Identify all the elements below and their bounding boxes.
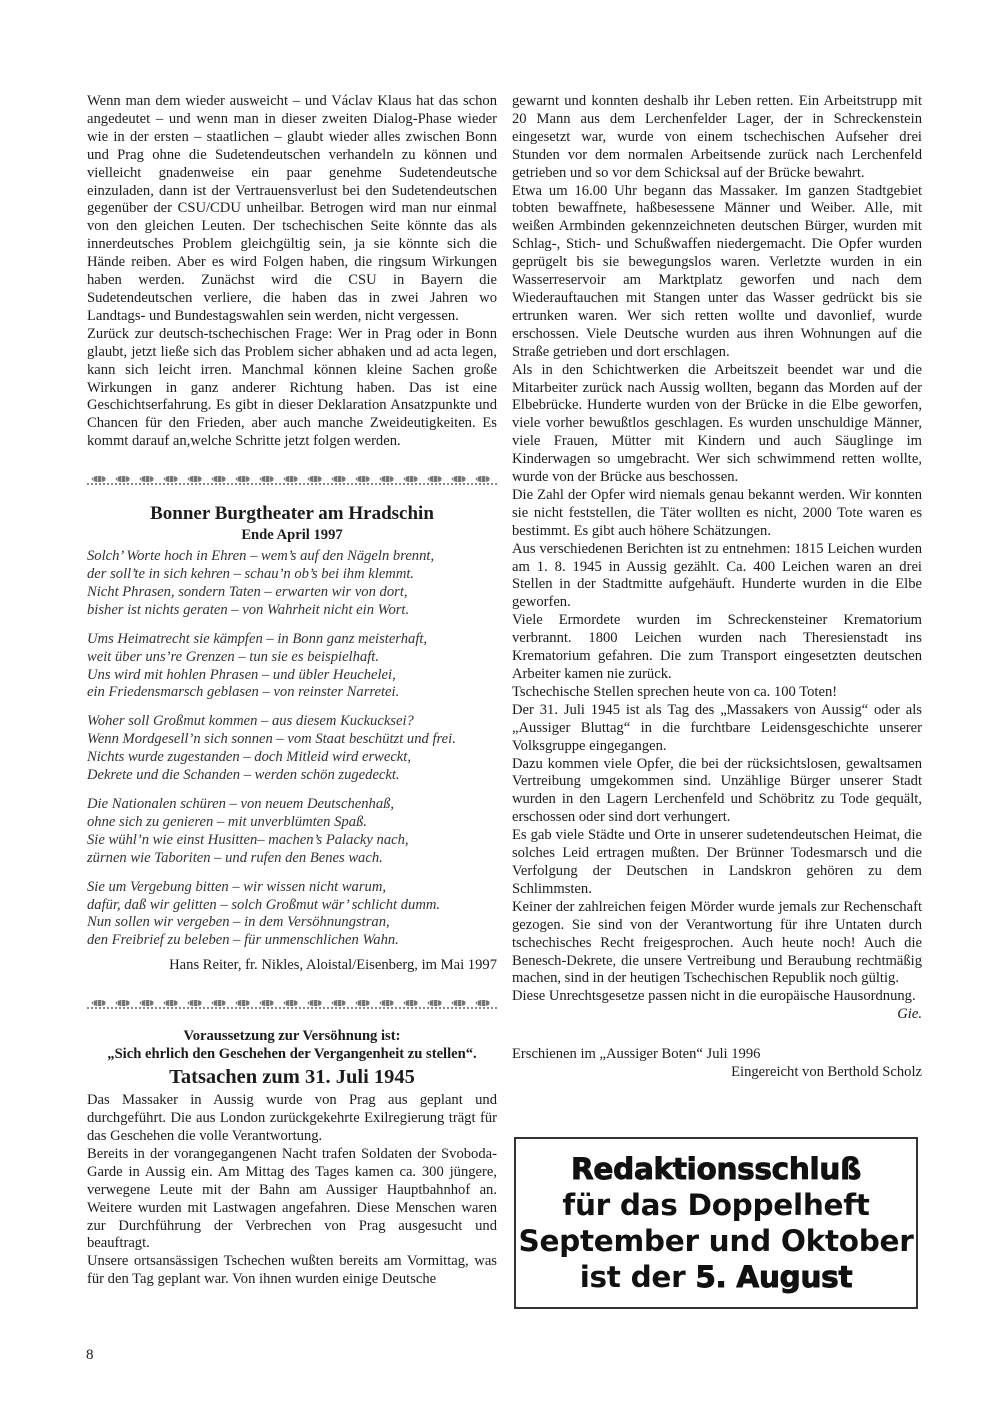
- article-paragraph: Die Zahl der Opfer wird niemals genau be…: [512, 487, 922, 541]
- verse-line: Nicht Phrasen, sondern Taten – erwarten …: [87, 584, 497, 602]
- verse-line: der soll’te in sich kehren – schau’n ob’…: [87, 566, 497, 584]
- verse-line: Solch’ Worte hoch in Ehren – wem’s auf d…: [87, 548, 497, 566]
- verse-line: Ums Heimatrecht sie kämpfen – in Bonn ga…: [87, 631, 497, 649]
- verse-line: Dekrete und die Schanden – werden schön …: [87, 767, 497, 785]
- poem-stanza: Ums Heimatrecht sie kämpfen – in Bonn ga…: [87, 631, 497, 703]
- article-paragraph: Diese Unrechtsgesetze passen nicht in di…: [512, 988, 922, 1006]
- article-paragraph: gewarnt und konnten deshalb ihr Leben re…: [512, 93, 922, 183]
- verse-line: Sie wühl’n wie einst Husitten– machen’s …: [87, 832, 497, 850]
- article-paragraph: Dazu kommen viele Opfer, die bei der rüc…: [512, 756, 922, 828]
- article-paragraph: Das Massaker in Aussig wurde von Prag au…: [87, 1092, 497, 1146]
- article-title: Tatsachen zum 31. Juli 1945: [87, 1066, 497, 1089]
- article-paragraph: Keiner der zahlreichen feigen Mörder wur…: [512, 899, 922, 989]
- author-initials: Gie.: [512, 1006, 922, 1024]
- verse-line: Wenn Mordgesell’n sich sonnen – vom Staa…: [87, 731, 497, 749]
- verse-line: ohne sich zu genieren – mit unverblümten…: [87, 814, 497, 832]
- verse-line: Uns wird mit hohlen Phrasen – und übler …: [87, 667, 497, 685]
- verse-line: dafür, daß wir gelitten – solch Großmut …: [87, 897, 497, 915]
- notice-line: ist der 5. August: [580, 1259, 853, 1295]
- poem-stanza: Die Nationalen schüren – von neuem Deuts…: [87, 796, 497, 868]
- verse-line: den Freibrief zu beleben – für unmenschl…: [87, 932, 497, 950]
- article-paragraph: Aus verschiedenen Berichten ist zu entne…: [512, 541, 922, 613]
- deadline-notice-box: Redaktionsschluß für das Doppelheft Sept…: [514, 1137, 918, 1309]
- poem-stanza: Solch’ Worte hoch in Ehren – wem’s auf d…: [87, 548, 497, 620]
- poem-stanza: Woher soll Großmut kommen – aus diesem K…: [87, 713, 497, 785]
- article-paragraph: Tschechische Stellen sprechen heute von …: [512, 684, 922, 702]
- verse-line: zürnen wie Taboriten – und rufen den Ben…: [87, 850, 497, 868]
- notice-prefix: ist der: [580, 1260, 696, 1294]
- poem-signature: Hans Reiter, fr. Nikles, Aloistal/Eisenb…: [87, 957, 497, 975]
- article-kicker: „Sich ehrlich den Geschehen der Vergange…: [87, 1045, 497, 1063]
- verse-line: weit über uns’re Grenzen – tun sie es be…: [87, 649, 497, 667]
- ornamental-divider: [87, 997, 497, 1009]
- ornamental-divider: [87, 473, 497, 485]
- verse-line: ein Friedensmarsch geblasen – von reinst…: [87, 684, 497, 702]
- verse-line: Nun sollen wir vergeben – in dem Versöhn…: [87, 914, 497, 932]
- article-header: Voraussetzung zur Versöhnung ist: „Sich …: [87, 1027, 497, 1089]
- verse-line: Woher soll Großmut kommen – aus diesem K…: [87, 713, 497, 731]
- article-paragraph: Der 31. Juli 1945 ist als Tag des „Massa…: [512, 702, 922, 756]
- poem: Bonner Burgtheater am Hradschin Ende Apr…: [87, 503, 497, 975]
- left-column: Wenn man dem wieder ausweicht – und Václ…: [87, 93, 497, 1289]
- article-paragraph: Es gab viele Städte und Orte in unserer …: [512, 827, 922, 899]
- intro-paragraph: Wenn man dem wieder ausweicht – und Václ…: [87, 93, 497, 326]
- article-paragraph: Viele Ermordete wurden im Schreckenstein…: [512, 612, 922, 684]
- verse-line: Nichts wurde zugestanden – doch Mitleid …: [87, 749, 497, 767]
- poem-stanza: Sie um Vergebung bitten – wir wissen nic…: [87, 879, 497, 951]
- source-note: Erschienen im „Aussiger Boten“ Juli 1996: [512, 1046, 922, 1064]
- notice-line: Redaktionsschluß: [571, 1151, 861, 1187]
- article-kicker: Voraussetzung zur Versöhnung ist:: [87, 1027, 497, 1045]
- intro-paragraph: Zurück zur deutsch-tschechischen Frage: …: [87, 326, 497, 451]
- notice-deadline-date: 5. August: [695, 1260, 852, 1294]
- notice-line: für das Doppelheft: [562, 1187, 869, 1223]
- verse-line: Sie um Vergebung bitten – wir wissen nic…: [87, 879, 497, 897]
- article-paragraph: Als in den Schichtwerken die Arbeitszeit…: [512, 362, 922, 487]
- right-column: gewarnt und konnten deshalb ihr Leben re…: [512, 93, 922, 1082]
- page-number: 8: [86, 1347, 94, 1364]
- article-paragraph: Etwa um 16.00 Uhr begann das Massaker. I…: [512, 183, 922, 362]
- article-paragraph: Unsere ortsansässigen Tschechen wußten b…: [87, 1253, 497, 1289]
- poem-title: Bonner Burgtheater am Hradschin: [87, 503, 497, 525]
- submitted-by: Eingereicht von Berthold Scholz: [512, 1064, 922, 1082]
- verse-line: Die Nationalen schüren – von neuem Deuts…: [87, 796, 497, 814]
- verse-line: bisher ist nichts geraten – von Wahrheit…: [87, 602, 497, 620]
- notice-line: September und Oktober: [519, 1223, 914, 1259]
- poem-subtitle: Ende April 1997: [87, 527, 497, 544]
- article-paragraph: Bereits in der vorangegangenen Nacht tra…: [87, 1146, 497, 1253]
